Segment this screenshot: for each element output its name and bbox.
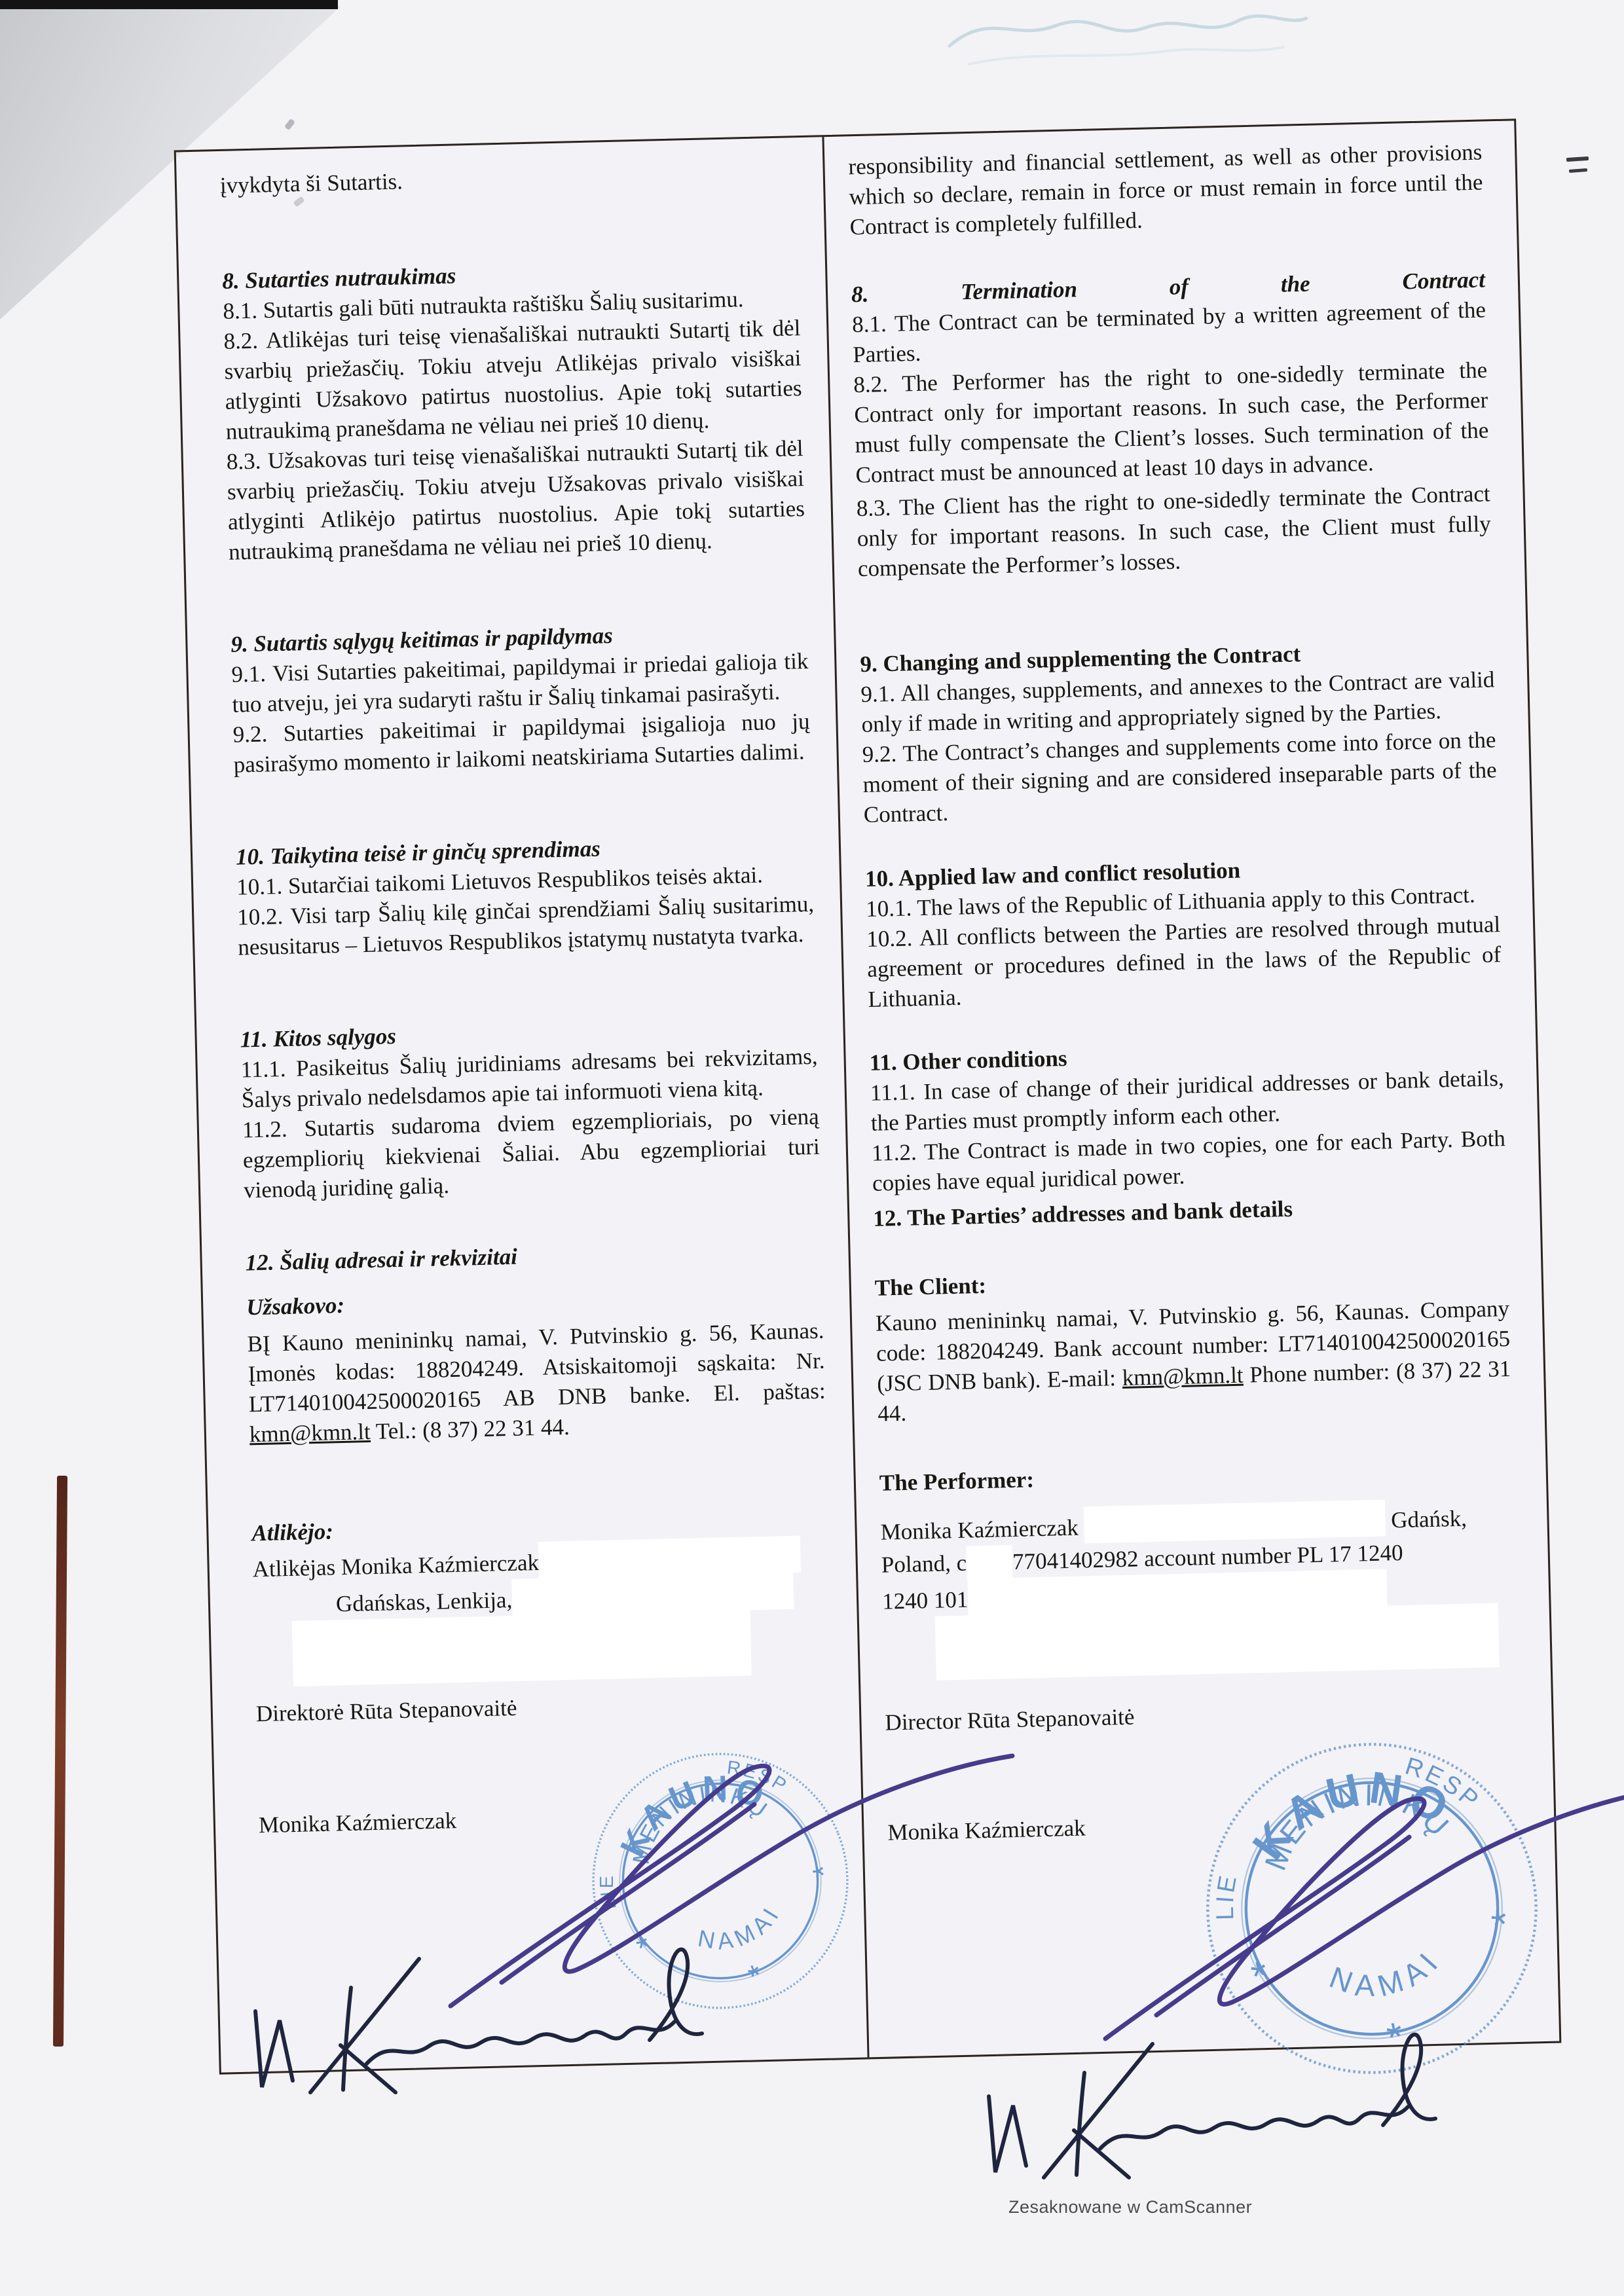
svg-text:NAMAI: NAMAI <box>1319 1937 1453 2014</box>
email-text: kmn@kmn.lt <box>249 1419 371 1447</box>
redaction-box <box>538 1536 801 1578</box>
email-text: kmn@kmn.lt <box>1122 1362 1244 1391</box>
lt-heading-12: 12. Šalių adresai ir rekvizitai <box>245 1235 822 1279</box>
svg-text:NAMAI: NAMAI <box>688 1894 793 1968</box>
en-clause-9-2: 9.2. The Contract’s changes and suppleme… <box>862 725 1498 830</box>
en-label-performer: The Performer: <box>879 1453 1513 1499</box>
pen-mark <box>1566 156 1589 162</box>
en-clause-8-2: 8.2. The Performer has the right to one-… <box>853 355 1490 490</box>
svg-text:*: * <box>744 1958 768 1995</box>
lt-performer-redaction <box>292 1610 752 1686</box>
lt-label-uzsakovo: Užsakovo: <box>246 1279 824 1323</box>
svg-text:*: * <box>808 1858 832 1895</box>
en-performer-redaction <box>935 1603 1500 1681</box>
lt-clause-9-2: 9.2. Sutarties pakeitimai ir papildymai … <box>232 706 811 780</box>
bleed-through-handwriting <box>930 0 1323 79</box>
en-client-details: Kauno menininkų namai, V. Putvinskio g. … <box>876 1294 1512 1429</box>
svg-text:*: * <box>1247 1952 1272 1999</box>
lt-label-director: Direktorė Rūta Stepanovaitė <box>255 1686 833 1730</box>
lt-clause-continuation: įvykdyta ši Sutartis. <box>219 157 797 201</box>
lt-clause-8-2: 8.2. Atlikėjas turi teisę vienašališkai … <box>223 313 803 447</box>
redaction-box <box>966 1545 1012 1579</box>
svg-text:*: * <box>1383 2014 1408 2061</box>
page-edge-line <box>53 1476 67 2047</box>
en-clause-8-3: 8.3. The Client has the right to one-sid… <box>856 479 1492 584</box>
en-clause-10-2: 10.2. All conflicts between the Parties … <box>866 909 1502 1015</box>
lt-client-details: BĮ Kauno menininkų namai, V. Putvinskio … <box>247 1316 826 1450</box>
lt-clause-8-3: 8.3. Užsakovas turi teisę vienašališkai … <box>226 433 805 568</box>
staple-mark <box>284 118 295 130</box>
en-clause-continuation: responsibility and financial settlement,… <box>848 137 1484 243</box>
scanned-contract-page: { "page": { "watermark": "Zesaknowane w … <box>0 0 1624 2296</box>
redaction-box <box>1084 1500 1386 1544</box>
lt-clause-11-2: 11.2. Sutartis sudaroma dviem egzemplior… <box>242 1102 821 1206</box>
redaction-box <box>511 1573 794 1616</box>
svg-text:*: * <box>632 1929 656 1966</box>
svg-text:*: * <box>1488 1901 1513 1948</box>
camscanner-watermark: Zesaknowane w CamScanner <box>1008 2197 1252 2217</box>
lt-clause-10-2: 10.2. Visi tarp Šalių kilę ginčai sprend… <box>237 889 815 963</box>
stamp-kauno-menininku-namai: LIE RESP KAUNO MENININKŲ NAMAI * * * <box>1166 1703 1578 2115</box>
pen-mark <box>1569 168 1587 173</box>
scanner-edge-strip <box>0 0 338 9</box>
